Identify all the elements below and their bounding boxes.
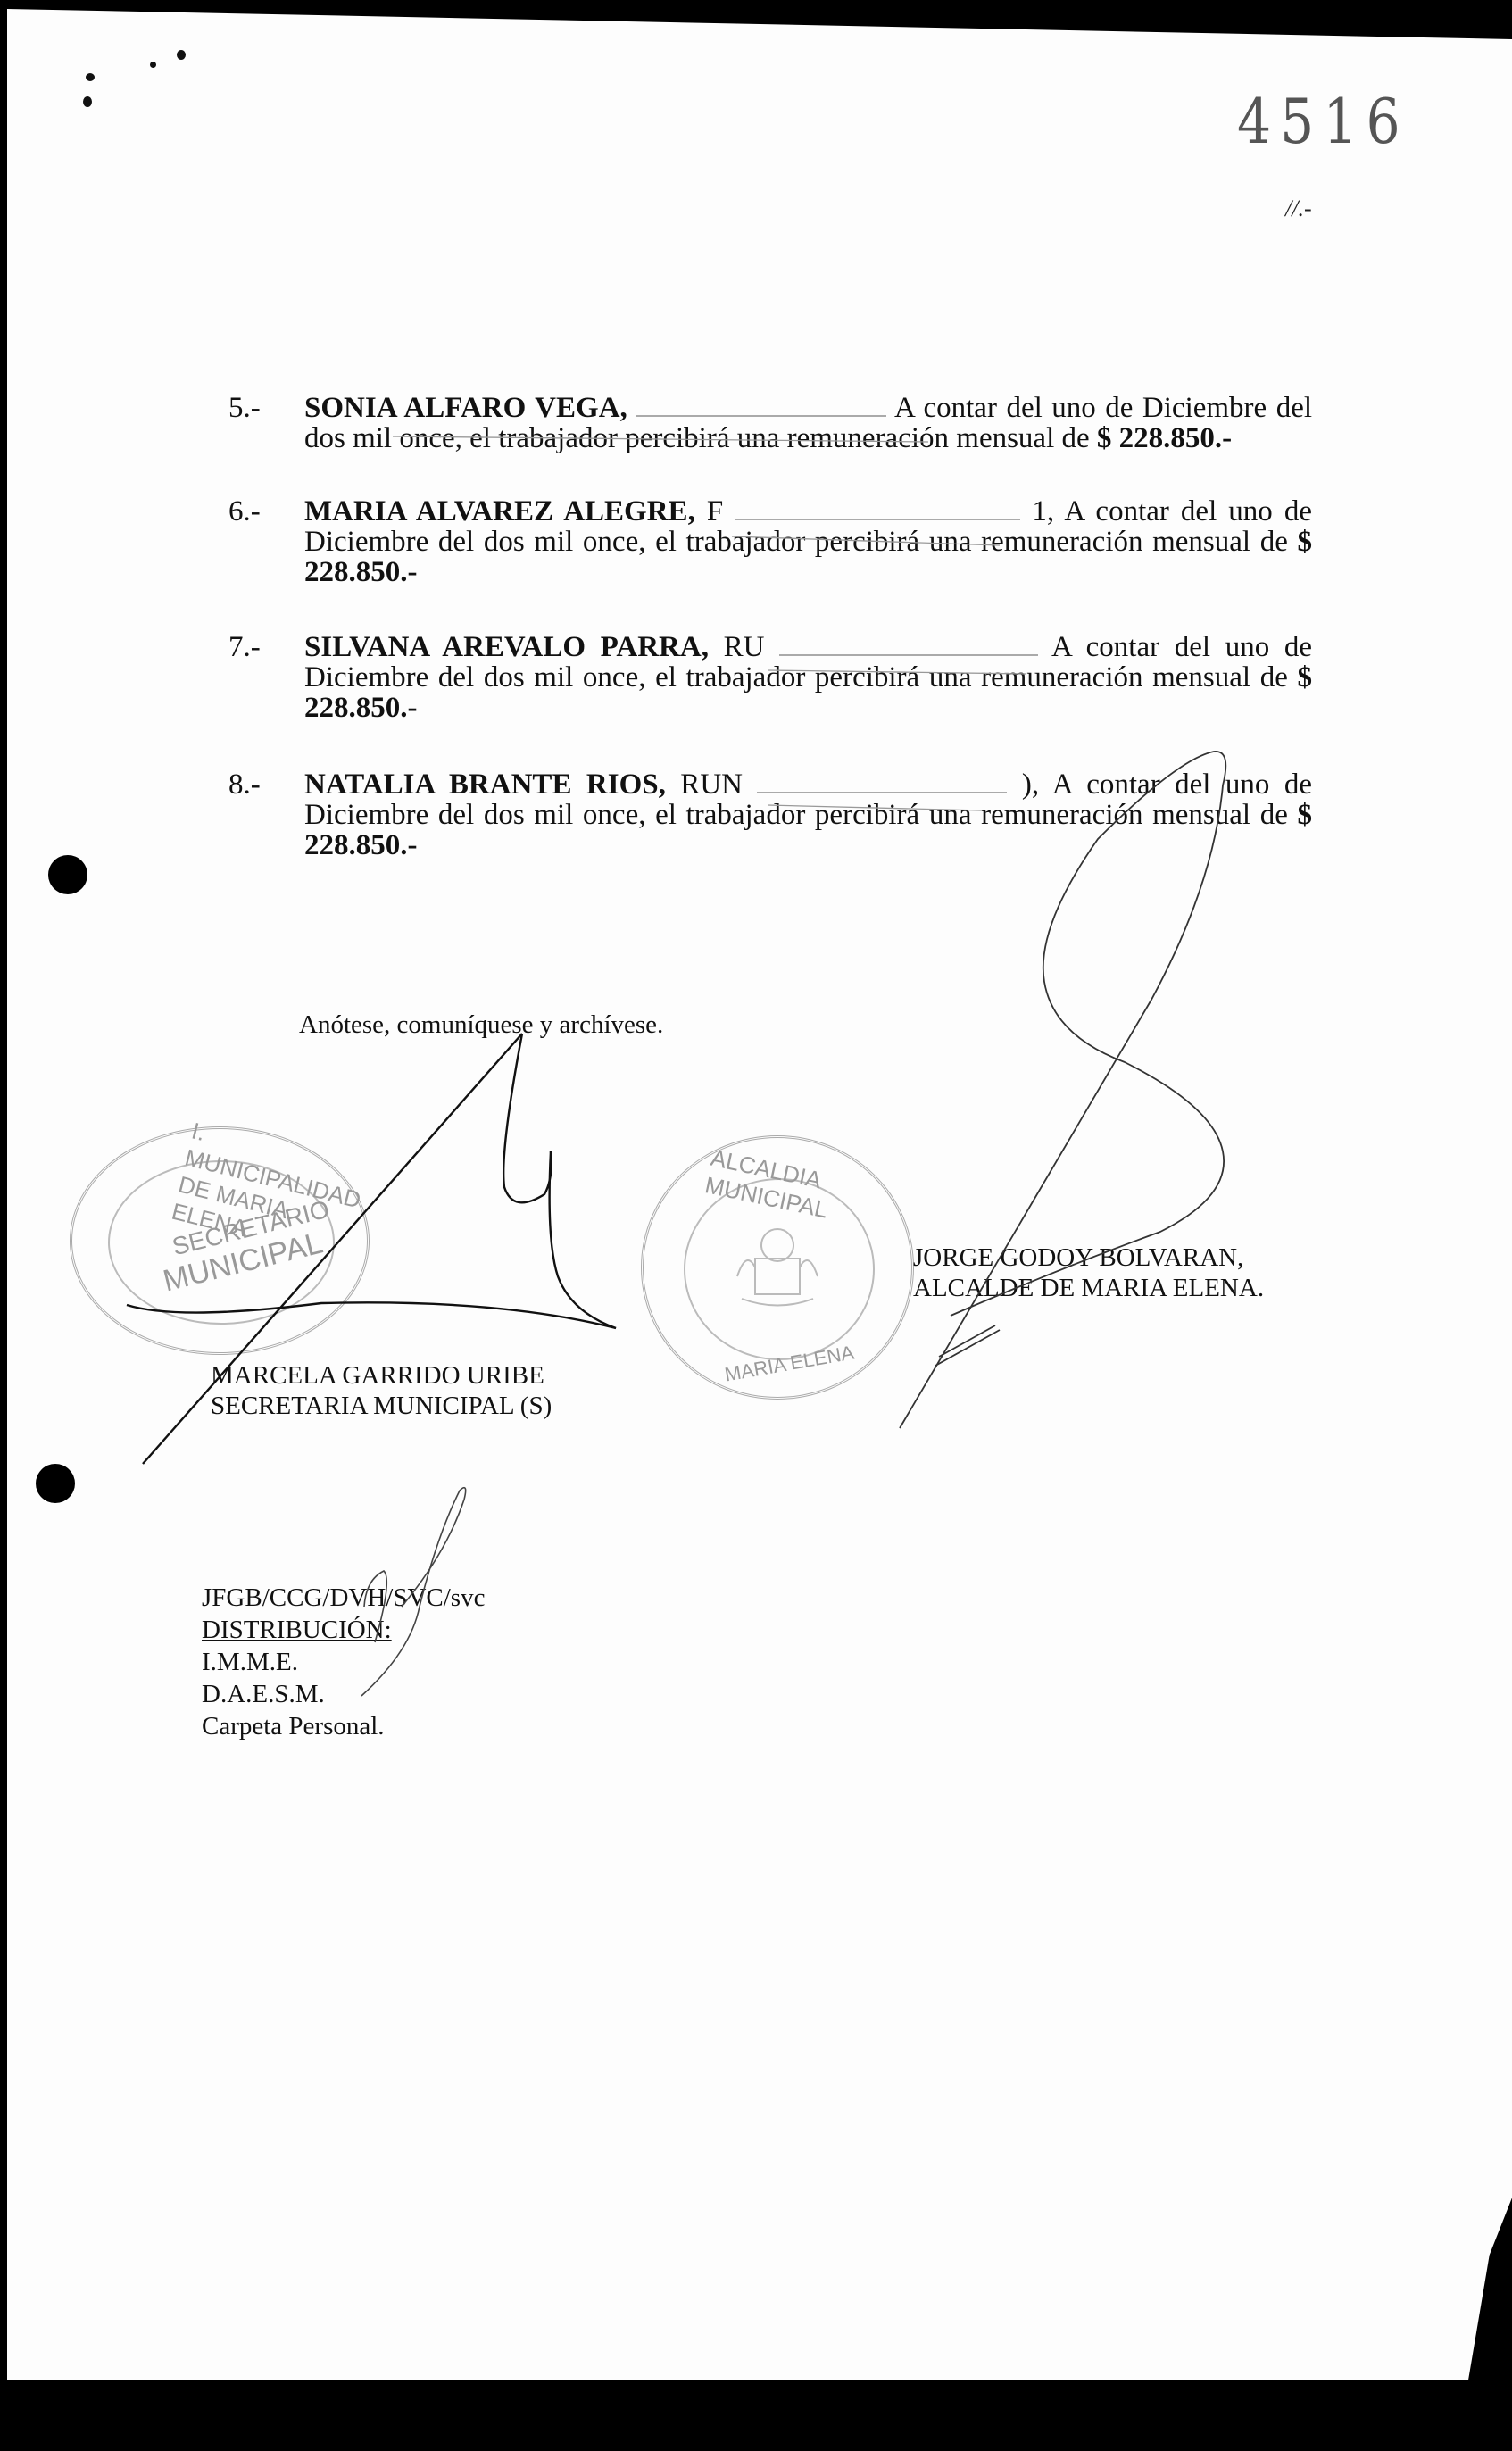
distribution-item: Carpeta Personal. [202,1710,485,1742]
coat-of-arms-icon [728,1223,827,1312]
item-number: 8.- [228,769,261,800]
secretaria-signature-block: MARCELA GARRIDO URIBE SECRETARIA MUNICIP… [211,1360,552,1421]
signatory-title: ALCALDE DE MARIA ELENA. [913,1273,1264,1303]
worker-name: SONIA ALFARO VEGA, [304,392,627,424]
worker-name: NATALIA BRANTE RIOS, [304,769,666,801]
scan-specks [61,30,204,120]
item-body: SILVANA AREVALO PARRA, RU A contar del u… [304,632,1312,723]
scanned-page: 4516 //.- 5.- SONIA ALFARO VEGA, A conta… [7,4,1512,2389]
salary-amount: $ 228.850.- [1097,422,1232,454]
reference-initials: JFGB/CCG/DVH/SVC/svc [202,1582,485,1614]
scan-border [0,2380,1512,2451]
item-body: MARIA ALVAREZ ALEGRE, F 1, A contar del … [304,496,1312,587]
item-number: 5.- [228,393,261,423]
closing-formula: Anótese, comuníquese y archívese. [299,1010,663,1040]
punch-hole [48,855,87,894]
footer-distribution: JFGB/CCG/DVH/SVC/svc DISTRIBUCIÓN: I.M.M… [202,1582,485,1742]
continuation-mark: //.- [1285,195,1312,222]
alcalde-signature-block: JORGE GODOY BOLVARAN, ALCALDE DE MARIA E… [913,1242,1264,1303]
worker-name: MARIA ALVAREZ ALEGRE, [304,495,695,528]
worker-name: SILVANA AREVALO PARRA, [304,631,709,663]
distribution-heading: DISTRIBUCIÓN: [202,1614,485,1646]
signatory-name: JORGE GODOY BOLVARAN, [913,1242,1264,1273]
redacted-rut [757,779,1007,793]
item-body: NATALIA BRANTE RIOS, RUN ), A contar del… [304,769,1312,860]
item-body: SONIA ALFARO VEGA, A contar del uno de D… [304,393,1312,453]
distribution-item: D.A.E.S.M. [202,1678,485,1710]
item-number: 7.- [228,632,261,662]
signatory-name: MARCELA GARRIDO URIBE [211,1360,552,1391]
alcaldia-stamp: ALCALDIA MUNICIPAL MARIA ELENA [641,1135,914,1400]
signatory-title: SECRETARIA MUNICIPAL (S) [211,1391,552,1421]
distribution-item: I.M.M.E. [202,1646,485,1678]
redacted-rut [735,506,1020,520]
redacted-rut [779,642,1038,656]
redacted-rut [636,403,886,417]
item-number: 6.- [228,496,261,527]
secretaria-stamp: I. MUNICIPALIDAD DE MARIA ELENA SECRETAR… [70,1126,370,1355]
punch-hole [36,1464,75,1503]
page-number-stamp: 4516 [1237,87,1409,159]
